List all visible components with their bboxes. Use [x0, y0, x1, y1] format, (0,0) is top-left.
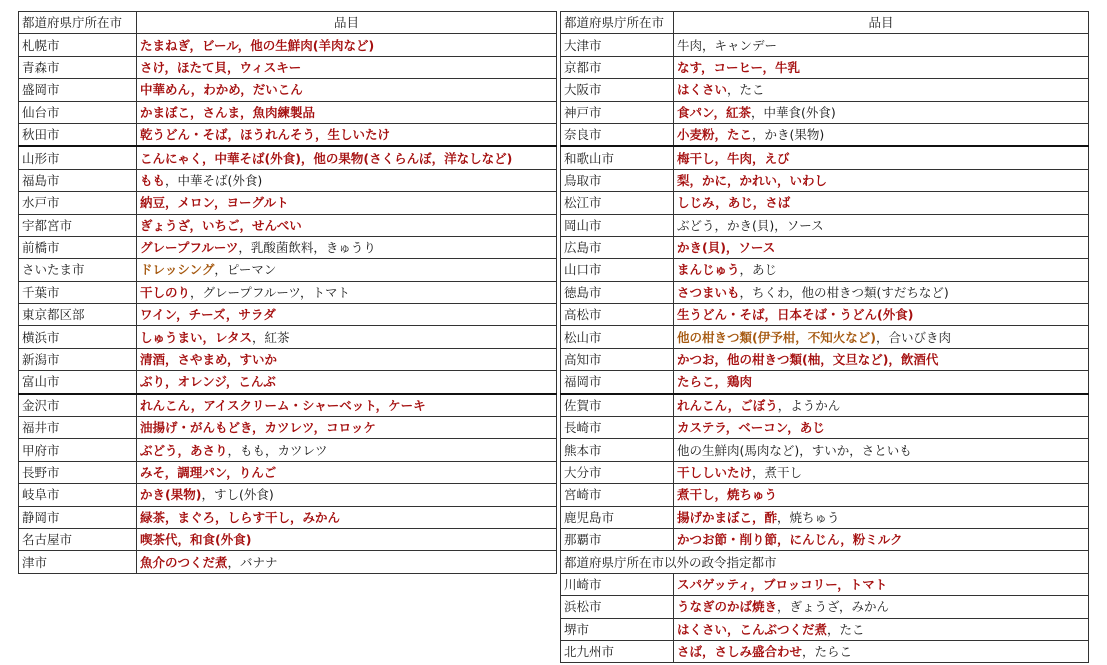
items-cell: さけ，ほたて貝，ウィスキー: [137, 56, 557, 78]
item-segment: ，あじ: [740, 262, 778, 277]
items-cell: 牛肉，キャンデー: [674, 34, 1089, 56]
city-cell: 盛岡市: [19, 79, 137, 101]
table-row: 大津市牛肉，キャンデー: [561, 34, 1089, 56]
items-cell: スパゲッティ，ブロッコリー，トマト: [674, 573, 1089, 595]
item-segment: ，紅茶: [252, 330, 290, 345]
items-cell: かつお，他の柑きつ類(柚，文旦など)，飲酒代: [674, 348, 1089, 370]
item-segment: 油揚げ・がんもどき，カツレツ，コロッケ: [140, 420, 376, 435]
item-segment: さけ，ほたて貝，ウィスキー: [140, 60, 301, 75]
items-cell: かき(貝)，ソース: [674, 236, 1089, 258]
city-cell: 山口市: [561, 259, 674, 281]
city-cell: 富山市: [19, 371, 137, 394]
table-row: 仙台市かまぼこ，さんま，魚肉練製品: [19, 101, 557, 123]
item-segment: 干しのり: [140, 285, 190, 300]
table-row: 岐阜市かき(果物)，すし(外食): [19, 484, 557, 506]
item-segment: はくさい，こんぶつくだ煮: [677, 622, 827, 637]
item-segment: ，バナナ: [228, 555, 278, 570]
item-segment: たまねぎ，ビール，他の生鮮肉(羊肉など): [140, 38, 374, 53]
table-row: 長野市みそ，調理パン，りんご: [19, 461, 557, 483]
item-segment: スパゲッティ，ブロッコリー，トマト: [677, 577, 887, 592]
item-segment: 揚げかまぼこ，酢: [677, 510, 777, 525]
items-cell: ドレッシング，ピーマン: [137, 259, 557, 281]
city-cell: 長野市: [19, 461, 137, 483]
items-cell: カステラ，ベーコン，あじ: [674, 417, 1089, 439]
items-cell: 清酒，さやまめ，すいか: [137, 348, 557, 370]
item-segment: かつお，他の柑きつ類(柚，文旦など)，飲酒代: [677, 352, 938, 367]
items-cell: 緑茶，まぐろ，しらす干し，みかん: [137, 506, 557, 528]
item-segment: さつまいも: [677, 285, 740, 300]
item-segment: ，すし(外食): [201, 487, 273, 502]
item-segment: かつお節・削り節，にんじん，粉ミルク: [677, 532, 903, 547]
table-row: 福岡市たらこ，鶏肉: [561, 371, 1089, 394]
table-row: 浜松市うなぎのかば焼き，ぎょうざ，みかん: [561, 596, 1089, 618]
city-cell: 岡山市: [561, 214, 674, 236]
item-segment: ，中華食(外食): [751, 105, 836, 120]
item-segment: ，ようかん: [778, 398, 841, 413]
city-cell: 神戸市: [561, 101, 674, 123]
item-segment: 食パン，紅茶: [677, 105, 751, 120]
item-segment: ，たこ: [827, 622, 865, 637]
item-segment: れんこん，ごぼう: [677, 398, 778, 413]
table-row: 大阪市はくさい，たこ: [561, 79, 1089, 101]
section-row: 都道府県庁所在市以外の政令指定都市: [561, 551, 1089, 573]
city-cell: 佐賀市: [561, 394, 674, 417]
items-cell: こんにゃく，中華そば(外食)，他の果物(さくらんぼ，洋なしなど): [137, 146, 557, 169]
city-cell: 高知市: [561, 348, 674, 370]
items-cell: さつまいも，ちくわ，他の柑きつ類(すだちなど): [674, 281, 1089, 303]
table-row: 鳥取市梨，かに，かれい，いわし: [561, 169, 1089, 191]
item-segment: かまぼこ，さんま，魚肉練製品: [140, 105, 315, 120]
city-cell: 和歌山市: [561, 146, 674, 169]
table-row: 山口市まんじゅう，あじ: [561, 259, 1089, 281]
item-segment: ぶり，オレンジ，こんぶ: [140, 374, 276, 389]
city-cell: 松江市: [561, 192, 674, 214]
city-cell: 水戸市: [19, 192, 137, 214]
table-row: 神戸市食パン，紅茶，中華食(外食): [561, 101, 1089, 123]
city-cell: 津市: [19, 551, 137, 573]
city-cell: 秋田市: [19, 123, 137, 146]
city-cell: 熊本市: [561, 439, 674, 461]
item-segment: ワイン，チーズ，サラダ: [140, 307, 276, 322]
item-segment: ，もも，カツレツ: [228, 443, 328, 458]
item-segment: 梨，かに，かれい，いわし: [677, 173, 827, 188]
table-row: 札幌市たまねぎ，ビール，他の生鮮肉(羊肉など): [19, 34, 557, 56]
items-cell: もも，中華そば(外食): [137, 169, 557, 191]
city-cell: 鹿児島市: [561, 506, 674, 528]
city-cell: 東京都区部: [19, 304, 137, 326]
items-cell: まんじゅう，あじ: [674, 259, 1089, 281]
items-cell: 中華めん，わかめ，だいこん: [137, 79, 557, 101]
table-row: 津市魚介のつくだ煮，バナナ: [19, 551, 557, 573]
items-cell: グレープフルーツ，乳酸菌飲料，きゅうり: [137, 236, 557, 258]
item-segment: 納豆，メロン，ヨーグルト: [140, 195, 289, 210]
item-segment: ，グレープフルーツ，トマト: [190, 285, 350, 300]
table-row: 那覇市かつお節・削り節，にんじん，粉ミルク: [561, 528, 1089, 550]
items-cell: 納豆，メロン，ヨーグルト: [137, 192, 557, 214]
table-row: さいたま市ドレッシング，ピーマン: [19, 259, 557, 281]
table-row: 名古屋市喫茶代，和食(外食): [19, 528, 557, 550]
table-row: 宮崎市煮干し，焼ちゅう: [561, 484, 1089, 506]
item-segment: なす，コーヒー，牛乳: [677, 60, 800, 75]
item-segment: 中華めん，わかめ，だいこん: [140, 82, 303, 97]
table-row: 松江市しじみ，あじ，さば: [561, 192, 1089, 214]
item-segment: グレープフルーツ: [140, 240, 238, 255]
table-row: 佐賀市れんこん，ごぼう，ようかん: [561, 394, 1089, 417]
city-cell: 京都市: [561, 56, 674, 78]
item-segment: ，煮干し: [752, 465, 802, 480]
table-row: 盛岡市中華めん，わかめ，だいこん: [19, 79, 557, 101]
table-row: 北九州市さば，さしみ盛合わせ，たらこ: [561, 640, 1089, 662]
item-segment: ，焼ちゅう: [777, 510, 840, 525]
item-segment: 牛肉，キャンデー: [677, 38, 777, 53]
items-cell: うなぎのかば焼き，ぎょうざ，みかん: [674, 596, 1089, 618]
city-cell: 岐阜市: [19, 484, 137, 506]
table-row: 大分市干ししいたけ，煮干し: [561, 461, 1089, 483]
table-row: 秋田市乾うどん・そば，ほうれんそう，生しいたけ: [19, 123, 557, 146]
items-cell: 梅干し，牛肉，えび: [674, 146, 1089, 169]
item-segment: もも: [140, 173, 165, 188]
header-items: 品目: [137, 12, 557, 34]
item-segment: カステラ，ベーコン，あじ: [677, 420, 825, 435]
item-segment: 梅干し，牛肉，えび: [677, 151, 790, 166]
city-cell: 新潟市: [19, 348, 137, 370]
items-cell: 乾うどん・そば，ほうれんそう，生しいたけ: [137, 123, 557, 146]
item-segment: しじみ，あじ，さば: [677, 195, 790, 210]
city-cell: 大分市: [561, 461, 674, 483]
items-cell: 他の柑きつ類(伊予柑，不知火など)，合いびき肉: [674, 326, 1089, 348]
city-cell: 福井市: [19, 417, 137, 439]
city-cell: 金沢市: [19, 394, 137, 417]
table-row: 福島市もも，中華そば(外食): [19, 169, 557, 191]
table-row: 金沢市れんこん，アイスクリーム・シャーベット，ケーキ: [19, 394, 557, 417]
items-cell: ぎょうざ，いちご，せんべい: [137, 214, 557, 236]
items-cell: 梨，かに，かれい，いわし: [674, 169, 1089, 191]
item-segment: ぶどう，かき(貝)，ソース: [677, 218, 824, 233]
left-city-items-table: 都道府県庁所在市 品目 札幌市たまねぎ，ビール，他の生鮮肉(羊肉など)青森市さけ…: [18, 11, 557, 574]
city-cell: 高松市: [561, 304, 674, 326]
table-row: 長崎市カステラ，ベーコン，あじ: [561, 417, 1089, 439]
header-row: 都道府県庁所在市 品目: [561, 12, 1089, 34]
table-row: 山形市こんにゃく，中華そば(外食)，他の果物(さくらんぼ，洋なしなど): [19, 146, 557, 169]
table-row: 青森市さけ，ほたて貝，ウィスキー: [19, 56, 557, 78]
table-row: 宇都宮市ぎょうざ，いちご，せんべい: [19, 214, 557, 236]
item-segment: ，たらこ: [802, 644, 852, 659]
item-segment: まんじゅう: [677, 262, 740, 277]
table-row: 京都市なす，コーヒー，牛乳: [561, 56, 1089, 78]
item-segment: 清酒，さやまめ，すいか: [140, 352, 277, 367]
city-cell: 仙台市: [19, 101, 137, 123]
item-segment: ，ぎょうざ，みかん: [777, 599, 889, 614]
items-cell: かつお節・削り節，にんじん，粉ミルク: [674, 528, 1089, 550]
items-cell: 喫茶代，和食(外食): [137, 528, 557, 550]
items-cell: ワイン，チーズ，サラダ: [137, 304, 557, 326]
items-cell: れんこん，ごぼう，ようかん: [674, 394, 1089, 417]
city-cell: 青森市: [19, 56, 137, 78]
item-segment: ，ちくわ，他の柑きつ類(すだちなど): [740, 285, 949, 300]
table-row: 奈良市小麦粉，たこ，かき(果物): [561, 123, 1089, 146]
table-row: 福井市油揚げ・がんもどき，カツレツ，コロッケ: [19, 417, 557, 439]
section-label: 都道府県庁所在市以外の政令指定都市: [561, 551, 1089, 573]
table-row: 和歌山市梅干し，牛肉，えび: [561, 146, 1089, 169]
table-row: 堺市はくさい，こんぶつくだ煮，たこ: [561, 618, 1089, 640]
item-segment: みそ，調理パン，りんご: [140, 465, 276, 480]
city-cell: 奈良市: [561, 123, 674, 146]
items-cell: しじみ，あじ，さば: [674, 192, 1089, 214]
items-cell: 小麦粉，たこ，かき(果物): [674, 123, 1089, 146]
items-cell: さば，さしみ盛合わせ，たらこ: [674, 640, 1089, 662]
city-cell: 前橋市: [19, 236, 137, 258]
item-segment: しゅうまい，レタス: [140, 330, 252, 345]
city-cell: 広島市: [561, 236, 674, 258]
table-row: 松山市他の柑きつ類(伊予柑，不知火など)，合いびき肉: [561, 326, 1089, 348]
item-segment: 生うどん・そば，日本そば・うどん(外食): [677, 307, 913, 322]
items-cell: たらこ，鶏肉: [674, 371, 1089, 394]
items-cell: かき(果物)，すし(外食): [137, 484, 557, 506]
item-segment: 干ししいたけ: [677, 465, 752, 480]
city-cell: 甲府市: [19, 439, 137, 461]
table-row: 静岡市緑茶，まぐろ，しらす干し，みかん: [19, 506, 557, 528]
city-cell: 札幌市: [19, 34, 137, 56]
table-row: 千葉市干しのり，グレープフルーツ，トマト: [19, 281, 557, 303]
item-segment: 煮干し，焼ちゅう: [677, 487, 777, 502]
items-cell: 干しのり，グレープフルーツ，トマト: [137, 281, 557, 303]
city-cell: 北九州市: [561, 640, 674, 662]
table-row: 東京都区部ワイン，チーズ，サラダ: [19, 304, 557, 326]
city-cell: 長崎市: [561, 417, 674, 439]
city-cell: 横浜市: [19, 326, 137, 348]
items-cell: ぶどう，あさり，もも，カツレツ: [137, 439, 557, 461]
right-city-items-table: 都道府県庁所在市 品目 大津市牛肉，キャンデー京都市なす，コーヒー，牛乳大阪市は…: [560, 11, 1089, 663]
city-cell: 鳥取市: [561, 169, 674, 191]
table-row: 水戸市納豆，メロン，ヨーグルト: [19, 192, 557, 214]
city-cell: さいたま市: [19, 259, 137, 281]
items-cell: たまねぎ，ビール，他の生鮮肉(羊肉など): [137, 34, 557, 56]
items-cell: 煮干し，焼ちゅう: [674, 484, 1089, 506]
item-segment: 緑茶，まぐろ，しらす干し，みかん: [140, 510, 340, 525]
items-cell: ぶり，オレンジ，こんぶ: [137, 371, 557, 394]
item-segment: うなぎのかば焼き: [677, 599, 777, 614]
items-cell: みそ，調理パン，りんご: [137, 461, 557, 483]
item-segment: かき(果物): [140, 487, 201, 502]
table-row: 横浜市しゅうまい，レタス，紅茶: [19, 326, 557, 348]
item-segment: はくさい: [677, 82, 727, 97]
items-cell: かまぼこ，さんま，魚肉練製品: [137, 101, 557, 123]
table-row: 前橋市グレープフルーツ，乳酸菌飲料，きゅうり: [19, 236, 557, 258]
item-segment: 小麦粉，たこ: [677, 127, 752, 142]
table-row: 新潟市清酒，さやまめ，すいか: [19, 348, 557, 370]
item-segment: たらこ，鶏肉: [677, 374, 752, 389]
header-city: 都道府県庁所在市: [19, 12, 137, 34]
items-cell: はくさい，こんぶつくだ煮，たこ: [674, 618, 1089, 640]
city-cell: 松山市: [561, 326, 674, 348]
city-cell: 福島市: [19, 169, 137, 191]
city-cell: 浜松市: [561, 596, 674, 618]
city-cell: 大津市: [561, 34, 674, 56]
items-cell: 生うどん・そば，日本そば・うどん(外食): [674, 304, 1089, 326]
city-cell: 川崎市: [561, 573, 674, 595]
items-cell: ぶどう，かき(貝)，ソース: [674, 214, 1089, 236]
item-segment: 乾うどん・そば，ほうれんそう，生しいたけ: [140, 127, 390, 142]
table-row: 甲府市ぶどう，あさり，もも，カツレツ: [19, 439, 557, 461]
header-row: 都道府県庁所在市 品目: [19, 12, 557, 34]
table-row: 富山市ぶり，オレンジ，こんぶ: [19, 371, 557, 394]
items-cell: 他の生鮮肉(馬肉など)，すいか，さといも: [674, 439, 1089, 461]
items-cell: なす，コーヒー，牛乳: [674, 56, 1089, 78]
header-items: 品目: [674, 12, 1089, 34]
item-segment: 魚介のつくだ煮: [140, 555, 228, 570]
city-cell: 静岡市: [19, 506, 137, 528]
city-cell: 堺市: [561, 618, 674, 640]
item-segment: ，かき(果物): [752, 127, 824, 142]
city-cell: 宮崎市: [561, 484, 674, 506]
table-row: 高知市かつお，他の柑きつ類(柚，文旦など)，飲酒代: [561, 348, 1089, 370]
item-segment: こんにゃく，中華そば(外食)，他の果物(さくらんぼ，洋なしなど): [140, 151, 512, 166]
city-cell: 名古屋市: [19, 528, 137, 550]
item-segment: ，中華そば(外食): [165, 173, 262, 188]
items-cell: 揚げかまぼこ，酢，焼ちゅう: [674, 506, 1089, 528]
item-segment: ぎょうざ，いちご，せんべい: [140, 218, 302, 233]
item-segment: ，ピーマン: [214, 262, 276, 277]
items-cell: 魚介のつくだ煮，バナナ: [137, 551, 557, 573]
items-cell: はくさい，たこ: [674, 79, 1089, 101]
city-cell: 福岡市: [561, 371, 674, 394]
item-segment: ，合いびき肉: [876, 330, 951, 345]
table-row: 鹿児島市揚げかまぼこ，酢，焼ちゅう: [561, 506, 1089, 528]
item-segment: かき(貝)，ソース: [677, 240, 775, 255]
table-row: 高松市生うどん・そば，日本そば・うどん(外食): [561, 304, 1089, 326]
item-segment: さば，さしみ盛合わせ: [677, 644, 802, 659]
item-segment: れんこん，アイスクリーム・シャーベット，ケーキ: [140, 398, 426, 413]
table-row: 岡山市ぶどう，かき(貝)，ソース: [561, 214, 1089, 236]
item-segment: 他の生鮮肉(馬肉など)，すいか，さといも: [677, 443, 912, 458]
items-cell: 食パン，紅茶，中華食(外食): [674, 101, 1089, 123]
items-cell: れんこん，アイスクリーム・シャーベット，ケーキ: [137, 394, 557, 417]
item-segment: 喫茶代，和食(外食): [140, 532, 251, 547]
items-cell: 干ししいたけ，煮干し: [674, 461, 1089, 483]
item-segment: ドレッシング: [140, 262, 214, 277]
header-city: 都道府県庁所在市: [561, 12, 674, 34]
city-cell: 大阪市: [561, 79, 674, 101]
city-cell: 徳島市: [561, 281, 674, 303]
city-cell: 宇都宮市: [19, 214, 137, 236]
table-row: 広島市かき(貝)，ソース: [561, 236, 1089, 258]
item-segment: ，乳酸菌飲料，きゅうり: [238, 240, 376, 255]
table-row: 熊本市他の生鮮肉(馬肉など)，すいか，さといも: [561, 439, 1089, 461]
item-segment: ，たこ: [727, 82, 765, 97]
items-cell: 油揚げ・がんもどき，カツレツ，コロッケ: [137, 417, 557, 439]
city-cell: 那覇市: [561, 528, 674, 550]
city-cell: 山形市: [19, 146, 137, 169]
items-cell: しゅうまい，レタス，紅茶: [137, 326, 557, 348]
table-row: 川崎市スパゲッティ，ブロッコリー，トマト: [561, 573, 1089, 595]
table-row: 徳島市さつまいも，ちくわ，他の柑きつ類(すだちなど): [561, 281, 1089, 303]
item-segment: 他の柑きつ類(伊予柑，不知火など): [677, 330, 876, 345]
city-cell: 千葉市: [19, 281, 137, 303]
item-segment: ぶどう，あさり: [140, 443, 228, 458]
